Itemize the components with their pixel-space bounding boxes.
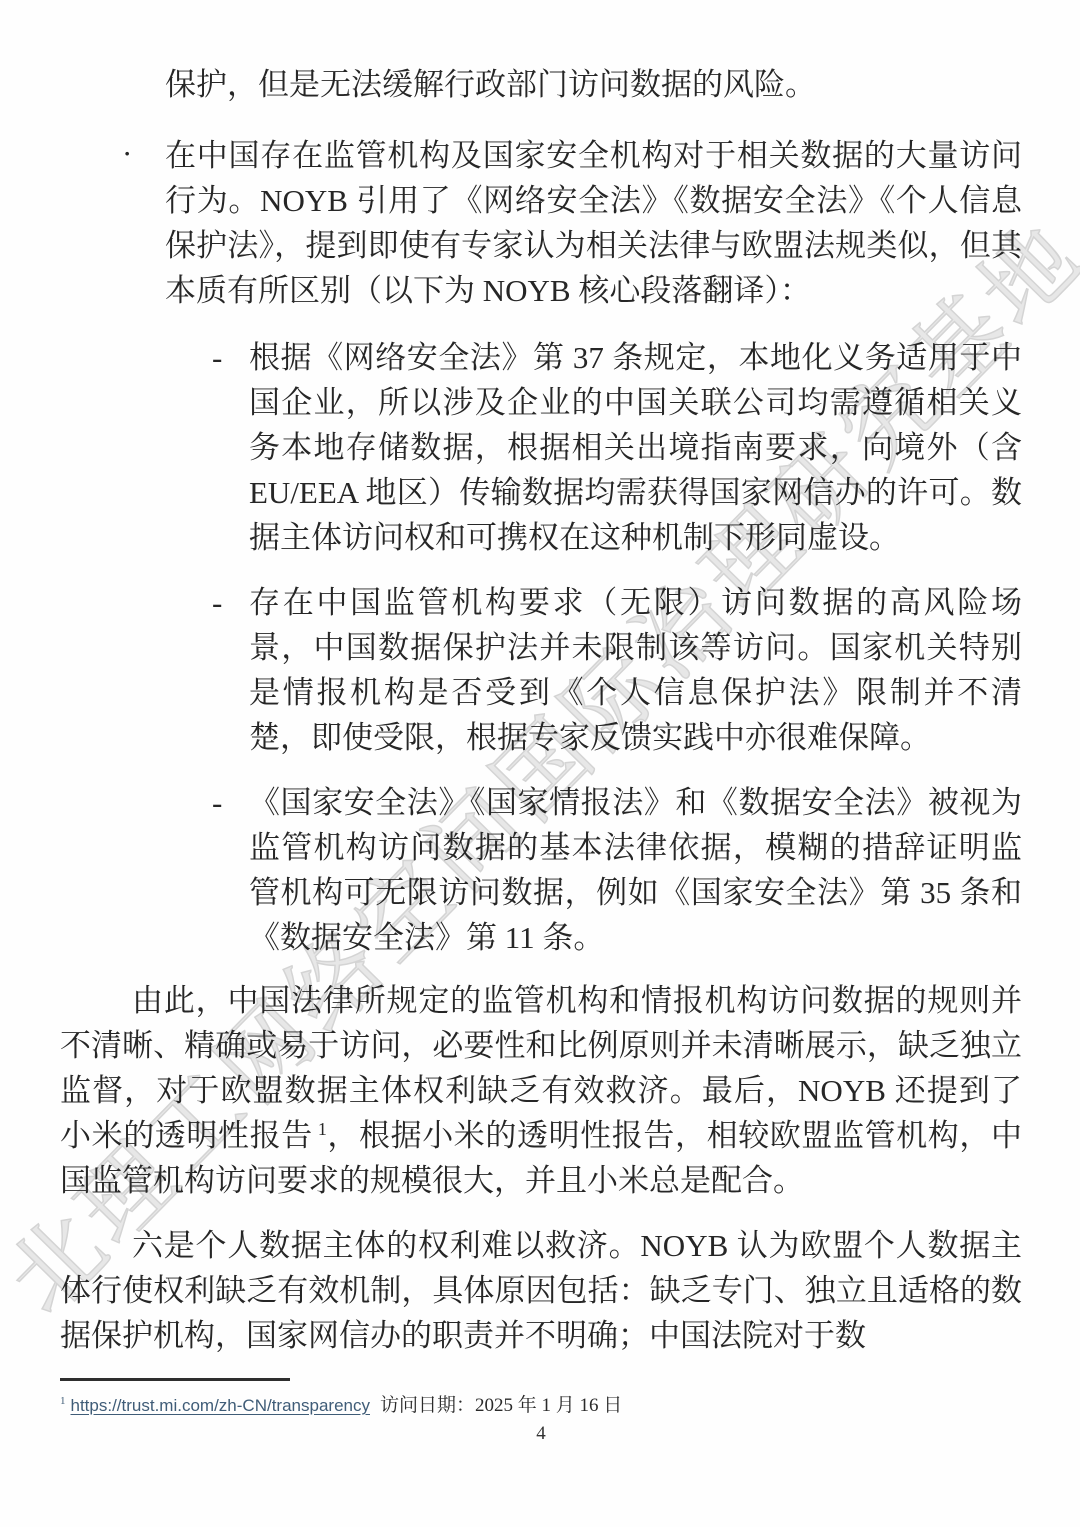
bullet-dot-icon: · <box>122 131 132 176</box>
footnote-separator-rule <box>60 1378 290 1381</box>
document-page: 北理工网络空间国际治理研究基地 保护，但是无法缓解行政部门访问数据的风险。 · … <box>0 0 1080 1527</box>
footnote-link[interactable]: https://trust.mi.com/zh-CN/transparency <box>71 1396 370 1415</box>
dash-marker-icon: - <box>212 580 222 625</box>
dash-list-item: - 根据《网络安全法》第 37 条规定，本地化义务适用于中国企业，所以涉及企业的… <box>60 335 1022 560</box>
bullet-list-item: · 在中国存在监管机构及国家安全机构对于相关数据的大量访问行为。NOYB 引用了… <box>60 133 1022 313</box>
footnote-reference-mark: 1 <box>318 1119 327 1139</box>
dash-list-item: - 存在中国监管机构要求（无限）访问数据的高风险场景，中国数据保护法并未限制该等… <box>60 580 1022 760</box>
dash-marker-icon: - <box>212 335 222 380</box>
bullet-item-text: 在中国存在监管机构及国家安全机构对于相关数据的大量访问行为。NOYB 引用了《网… <box>165 138 1022 308</box>
footnote-number: 1 <box>60 1395 66 1407</box>
dash-item-text: 《国家安全法》《国家情报法》和《数据安全法》被视为监管机构访问数据的基本法律依据… <box>249 785 1022 955</box>
page-number: 4 <box>60 1423 1022 1445</box>
paragraph-continuation: 保护，但是无法缓解行政部门访问数据的风险。 <box>60 62 1022 107</box>
dash-item-text: 存在中国监管机构要求（无限）访问数据的高风险场景，中国数据保护法并未限制该等访问… <box>249 585 1022 755</box>
dash-item-text: 根据《网络安全法》第 37 条规定，本地化义务适用于中国企业，所以涉及企业的中国… <box>249 340 1022 555</box>
footnote-line: 1https://trust.mi.com/zh-CN/transparency… <box>60 1394 1022 1418</box>
dash-list-item: - 《国家安全法》《国家情报法》和《数据安全法》被视为监管机构访问数据的基本法律… <box>60 780 1022 960</box>
footnote-area: 1https://trust.mi.com/zh-CN/transparency… <box>60 1378 1022 1445</box>
page-content: 保护，但是无法缓解行政部门访问数据的风险。 · 在中国存在监管机构及国家安全机构… <box>0 0 1080 1358</box>
paragraph-sixth-point: 六是个人数据主体的权利难以救济。NOYB 认为欧盟个人数据主体行使权利缺乏有效机… <box>60 1223 1022 1358</box>
footnote-access-date: 访问日期：2025 年 1 月 16 日 <box>380 1395 622 1416</box>
dash-marker-icon: - <box>212 780 222 825</box>
paragraph-conclusion: 由此，中国法律所规定的监管机构和情报机构访问数据的规则并不清晰、精确或易于访问，… <box>60 978 1022 1203</box>
